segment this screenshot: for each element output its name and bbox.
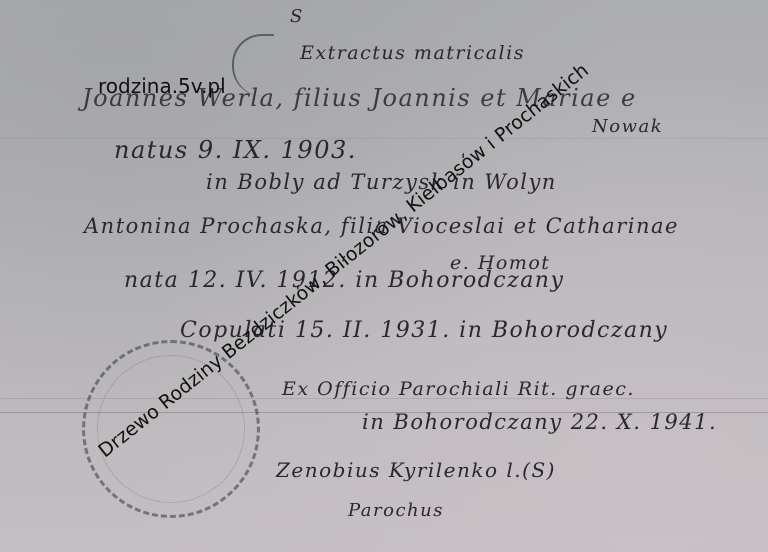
site-watermark: rodzina.5v.pl bbox=[98, 74, 226, 98]
signature: Zenobius Kyrilenko l.(S) bbox=[276, 458, 556, 482]
document-heading: Extractus matricalis bbox=[300, 42, 525, 64]
heading-mark: S bbox=[290, 6, 304, 27]
signature-title: Parochus bbox=[348, 500, 444, 521]
official-stamp bbox=[82, 340, 260, 518]
issuing-office: Ex Officio Parochiali Rit. graec. bbox=[282, 378, 635, 400]
groom-mother-surname: Nowak bbox=[592, 116, 663, 137]
groom-birth-date: natus 9. IX. 1903. bbox=[114, 136, 357, 164]
issue-date: in Bohorodczany 22. X. 1941. bbox=[362, 410, 717, 434]
groom-birthplace: in Bobly ad Turzysk in Wolyn bbox=[206, 170, 557, 194]
